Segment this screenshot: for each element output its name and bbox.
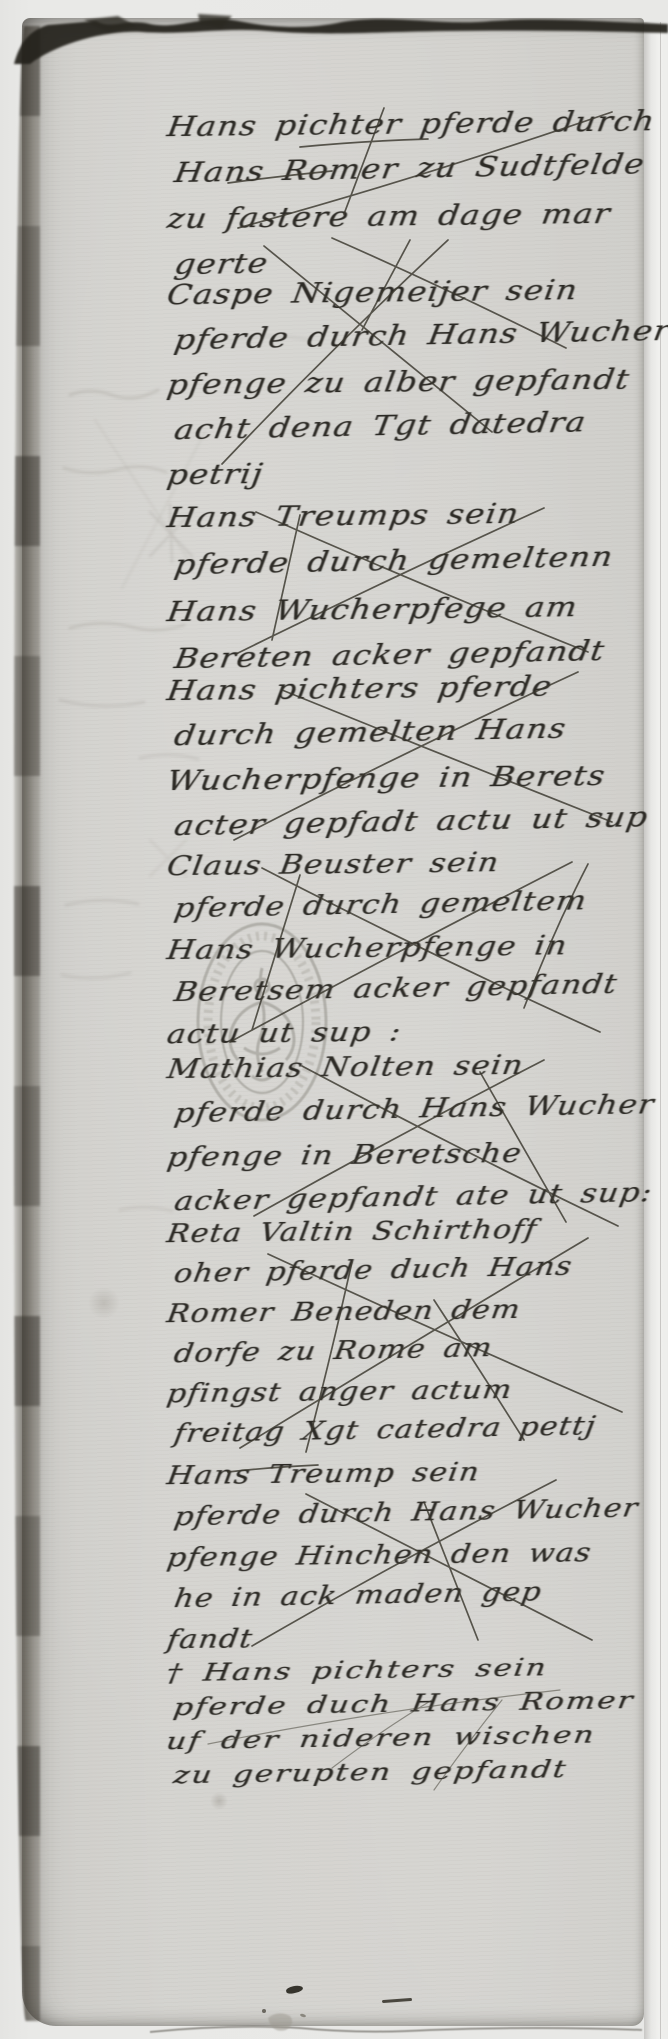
manuscript-line: pferde durch Hans Wucher (171, 308, 668, 362)
manuscript-line: pferde durch Hans Wucher (171, 1083, 658, 1136)
entry-paragraph: Claus Beuster sein pferde durch gemeltem… (164, 846, 555, 1056)
entry-paragraph: Reta Valtin Schirthoff oher pferde duch … (164, 1214, 537, 1454)
entry-paragraph: † Hans pichters sein pferde duch Hans Ro… (164, 1656, 530, 1792)
entry-paragraph: Caspe Nigemeijer sein pferde durch Hans … (164, 272, 601, 497)
manuscript-line: pferde durch Hans Wucher (171, 1488, 641, 1538)
manuscript-line: Hans Romer zu Sudtfelde (171, 141, 659, 196)
ink-dot (262, 2009, 266, 2013)
manuscript-line: he in ack maden gep (171, 1570, 641, 1620)
entry-paragraph: Hans Treumps sein pferde durch gemeltenn… (164, 494, 551, 682)
manuscript-line: oher pferde duch Hans (171, 1246, 599, 1294)
manuscript-line: pferde durch gemeltenn (171, 533, 617, 588)
entry-paragraph: Mathias Nolten sein pferde durch Hans Wu… (164, 1048, 587, 1224)
scanned-manuscript: Hans pichter pferde durch Hans Romer zu … (0, 0, 668, 2039)
entry-paragraph: Hans pichter pferde durch Hans Romer zu … (164, 104, 587, 288)
manuscript-line: freitag Xgt catedra pettj (171, 1406, 599, 1454)
entry-paragraph: Hans pichters pferde durch gemelten Hans… (164, 668, 582, 848)
manuscript-line: acter gepfadt actu ut sup (171, 794, 652, 848)
manuscript-line: dorfe zu Rome am (171, 1326, 599, 1374)
manuscript-line: pferde durch gemeltem (171, 880, 621, 930)
manuscript-line: acht dena Tgt datedra (171, 398, 668, 452)
entry-paragraph: Hans Treump sein pferde durch Hans Wuche… (164, 1456, 573, 1661)
binding-edge (14, 26, 40, 2021)
manuscript-line: Beretsem acker gepfandt (171, 964, 621, 1014)
manuscript-line: durch gemelten Hans (171, 704, 652, 758)
